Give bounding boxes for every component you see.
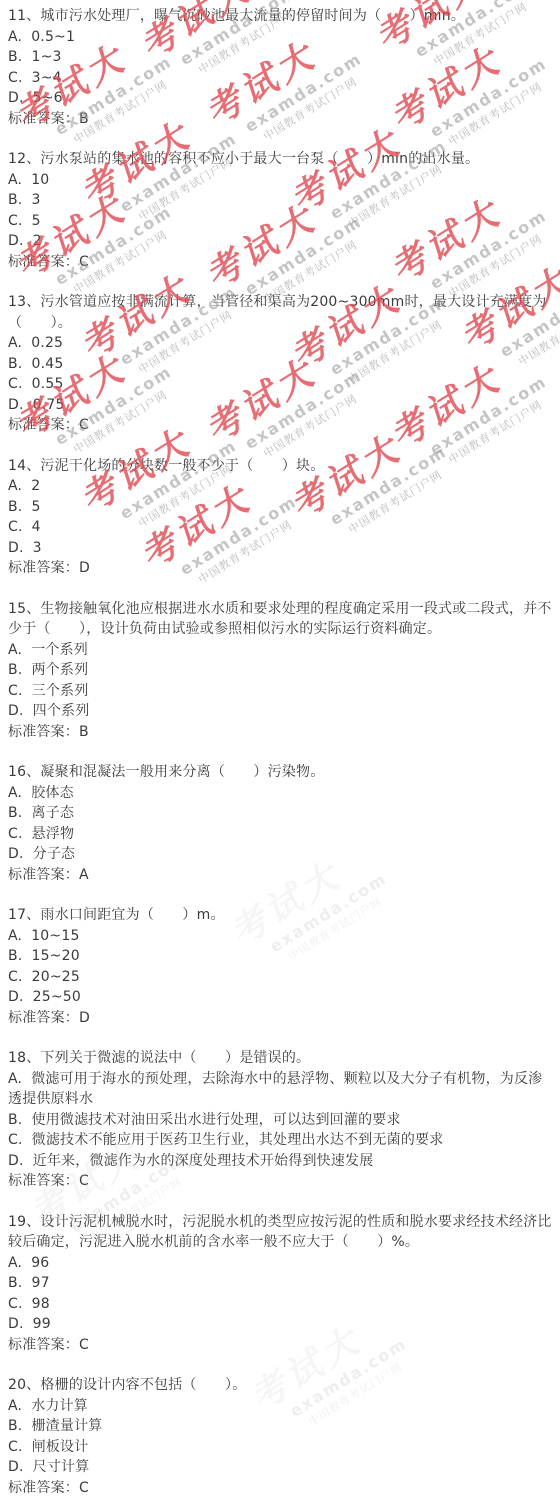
- question-block: 19、设计污泥机械脱水时，污泥脱水机的类型应按污泥的性质和脱水要求经技术经济比较…: [8, 1212, 552, 1356]
- answer-label: 标准答案：: [8, 1337, 79, 1353]
- option-line: A.10: [8, 170, 552, 191]
- answer-line: 标准答案：D: [8, 1008, 552, 1029]
- option-text: 悬浮物: [32, 826, 75, 842]
- option-line: D.尺寸计算: [8, 1457, 552, 1478]
- option-label: A.: [8, 928, 22, 944]
- option-line: C.3~4: [8, 68, 552, 89]
- option-text: 一个系列: [31, 642, 88, 658]
- option-label: D.: [8, 1316, 24, 1332]
- question-stem: 15、生物接触氧化池应根据进水水质和要求处理的程度确定采用一段式或二段式，并不少…: [8, 599, 552, 640]
- answer-line: 标准答案：B: [8, 722, 552, 743]
- question-number: 19、: [8, 1214, 40, 1230]
- option-line: C.20~25: [8, 967, 552, 988]
- option-text: 胶体态: [31, 785, 74, 801]
- answer-line: 标准答案：C: [8, 252, 552, 273]
- option-label: C.: [8, 376, 23, 392]
- option-label: B.: [8, 1275, 22, 1291]
- answer-line: 标准答案：A: [8, 865, 552, 886]
- answer-value: C: [79, 1337, 89, 1353]
- option-line: D.分子态: [8, 844, 552, 865]
- answer-value: A: [79, 867, 89, 883]
- question-stem: 14、污泥干化场的分块数一般不少于（ ）块。: [8, 456, 552, 477]
- question-stem: 18、下列关于微滤的说法中（ ）是错误的。: [8, 1048, 552, 1069]
- option-line: A.0.5~1: [8, 27, 552, 48]
- answer-value: C: [79, 417, 89, 433]
- question-number: 13、: [8, 294, 40, 310]
- option-line: A.一个系列: [8, 640, 552, 661]
- option-text: 0.25: [31, 335, 63, 351]
- question-number: 16、: [8, 764, 40, 780]
- option-line: C.悬浮物: [8, 824, 552, 845]
- option-label: A.: [8, 1071, 22, 1087]
- question-number: 17、: [8, 907, 40, 923]
- option-line: C.0.55: [8, 374, 552, 395]
- option-line: B.两个系列: [8, 660, 552, 681]
- question-block: 17、雨水口间距宜为（ ）m。A.10~15B.15~20C.20~25D.25…: [8, 905, 552, 1028]
- option-label: B.: [8, 356, 22, 372]
- option-text: 2: [33, 233, 42, 249]
- option-text: 栅渣量计算: [31, 1418, 102, 1434]
- option-text: 25~50: [33, 989, 81, 1005]
- answer-label: 标准答案：: [8, 1010, 79, 1026]
- answer-label: 标准答案：: [8, 1480, 79, 1496]
- question-text: 污泥干化场的分块数一般不少于（ ）块。: [40, 458, 324, 474]
- option-label: A.: [8, 29, 22, 45]
- option-text: 98: [32, 1296, 50, 1312]
- option-line: B.使用微滤技术对油田采出水进行处理，可以达到回灌的要求: [8, 1110, 552, 1131]
- option-line: A.0.25: [8, 333, 552, 354]
- option-text: 0.5~1: [31, 29, 75, 45]
- answer-line: 标准答案：D: [8, 558, 552, 579]
- question-stem: 13、污水管道应按非满流计算，当管径和渠高为200~300mm时，最大设计充满度…: [8, 292, 552, 333]
- question-block: 13、污水管道应按非满流计算，当管径和渠高为200~300mm时，最大设计充满度…: [8, 292, 552, 436]
- option-line: C.三个系列: [8, 681, 552, 702]
- option-label: A.: [8, 642, 22, 658]
- option-text: 4: [32, 519, 41, 535]
- option-line: B.栅渣量计算: [8, 1416, 552, 1437]
- question-block: 20、格栅的设计内容不包括（ ）。A.水力计算B.栅渣量计算C.闸板设计D.尺寸…: [8, 1375, 552, 1498]
- question-list: 11、城市污水处理厂，曝气沉砂池最大流量的停留时间为（ ）min。A.0.5~1…: [8, 6, 552, 1498]
- option-line: C.5: [8, 211, 552, 232]
- option-text: 5: [31, 499, 40, 515]
- option-label: B.: [8, 499, 22, 515]
- answer-label: 标准答案：: [8, 254, 79, 270]
- option-line: B.3: [8, 190, 552, 211]
- option-label: C.: [8, 70, 23, 86]
- option-text: 1~3: [31, 49, 61, 65]
- answer-value: D: [79, 1010, 90, 1026]
- option-text: 0.55: [32, 376, 64, 392]
- option-label: A.: [8, 172, 22, 188]
- question-stem: 20、格栅的设计内容不包括（ ）。: [8, 1375, 552, 1396]
- question-number: 14、: [8, 458, 40, 474]
- answer-value: D: [79, 560, 90, 576]
- option-text: 3~4: [32, 70, 62, 86]
- option-label: B.: [8, 948, 22, 964]
- option-text: 0.75: [33, 397, 65, 413]
- answer-line: 标准答案：C: [8, 415, 552, 436]
- question-text: 雨水口间距宜为（ ）m。: [40, 907, 224, 923]
- question-number: 15、: [8, 601, 40, 617]
- option-label: A.: [8, 1255, 22, 1271]
- answer-line: 标准答案：C: [8, 1478, 552, 1499]
- option-label: D.: [8, 1459, 24, 1475]
- option-text: 20~25: [32, 969, 80, 985]
- option-text: 水力计算: [31, 1398, 88, 1414]
- option-label: C.: [8, 1439, 23, 1455]
- option-text: 5: [32, 213, 41, 229]
- question-block: 16、凝聚和混凝法一般用来分离（ ）污染物。A.胶体态B.离子态C.悬浮物D.分…: [8, 762, 552, 885]
- question-block: 11、城市污水处理厂，曝气沉砂池最大流量的停留时间为（ ）min。A.0.5~1…: [8, 6, 552, 129]
- option-label: B.: [8, 192, 22, 208]
- option-line: D.近年来，微滤作为水的深度处理技术开始得到快速发展: [8, 1151, 552, 1172]
- option-label: B.: [8, 1418, 22, 1434]
- question-number: 11、: [8, 8, 40, 24]
- answer-label: 标准答案：: [8, 867, 79, 883]
- option-label: D.: [8, 540, 24, 556]
- option-line: B.1~3: [8, 47, 552, 68]
- option-label: A.: [8, 1398, 22, 1414]
- option-text: 10: [31, 172, 49, 188]
- option-line: D.99: [8, 1314, 552, 1335]
- option-line: C.98: [8, 1294, 552, 1315]
- option-label: D.: [8, 703, 24, 719]
- answer-line: 标准答案：B: [8, 109, 552, 130]
- answer-value: B: [79, 111, 89, 127]
- option-text: 2: [31, 478, 40, 494]
- option-label: D.: [8, 1153, 24, 1169]
- question-text: 下列关于微滤的说法中（ ）是错误的。: [40, 1050, 310, 1066]
- exam-document-page: 11、城市污水处理厂，曝气沉砂池最大流量的停留时间为（ ）min。A.0.5~1…: [0, 0, 560, 1508]
- option-text: 5~6: [33, 90, 63, 106]
- option-line: D.5~6: [8, 88, 552, 109]
- option-line: C.4: [8, 517, 552, 538]
- option-line: A.微滤可用于海水的预处理，去除海水中的悬浮物、颗粒以及大分子有机物，为反渗透提…: [8, 1069, 552, 1110]
- option-line: D.四个系列: [8, 701, 552, 722]
- option-text: 99: [33, 1316, 51, 1332]
- option-text: 两个系列: [31, 662, 88, 678]
- option-label: B.: [8, 805, 22, 821]
- answer-line: 标准答案：C: [8, 1171, 552, 1192]
- option-text: 尺寸计算: [33, 1459, 90, 1475]
- option-label: B.: [8, 49, 22, 65]
- option-label: C.: [8, 969, 23, 985]
- answer-value: C: [79, 1173, 89, 1189]
- option-label: A.: [8, 478, 22, 494]
- option-label: C.: [8, 1132, 23, 1148]
- option-text: 使用微滤技术对油田采出水进行处理，可以达到回灌的要求: [31, 1112, 400, 1128]
- option-text: 微滤技术不能应用于医药卫生行业，其处理出水达不到无菌的要求: [32, 1132, 444, 1148]
- question-stem: 16、凝聚和混凝法一般用来分离（ ）污染物。: [8, 762, 552, 783]
- option-label: C.: [8, 826, 23, 842]
- answer-label: 标准答案：: [8, 111, 79, 127]
- option-label: C.: [8, 683, 23, 699]
- option-text: 0.45: [31, 356, 63, 372]
- question-text: 凝聚和混凝法一般用来分离（ ）污染物。: [40, 764, 324, 780]
- option-text: 近年来，微滤作为水的深度处理技术开始得到快速发展: [33, 1153, 374, 1169]
- option-label: D.: [8, 90, 24, 106]
- answer-label: 标准答案：: [8, 1173, 79, 1189]
- question-text: 污水管道应按非满流计算，当管径和渠高为200~300mm时，最大设计充满度为（ …: [8, 294, 546, 331]
- question-stem: 12、污水泵站的集水池的容积不应小于最大一台泵（ ）min的出水量。: [8, 149, 552, 170]
- question-block: 14、污泥干化场的分块数一般不少于（ ）块。A.2B.5C.4D.3标准答案：D: [8, 456, 552, 579]
- option-label: B.: [8, 1112, 22, 1128]
- option-label: C.: [8, 1296, 23, 1312]
- answer-value: C: [79, 1480, 89, 1496]
- question-stem: 19、设计污泥机械脱水时，污泥脱水机的类型应按污泥的性质和脱水要求经技术经济比较…: [8, 1212, 552, 1253]
- option-line: B.15~20: [8, 946, 552, 967]
- option-line: A.水力计算: [8, 1396, 552, 1417]
- option-line: A.胶体态: [8, 783, 552, 804]
- question-block: 15、生物接触氧化池应根据进水水质和要求处理的程度确定采用一段式或二段式，并不少…: [8, 599, 552, 743]
- question-number: 12、: [8, 151, 40, 167]
- option-label: D.: [8, 846, 24, 862]
- option-text: 闸板设计: [32, 1439, 89, 1455]
- option-text: 三个系列: [32, 683, 89, 699]
- answer-label: 标准答案：: [8, 417, 79, 433]
- option-text: 3: [33, 540, 42, 556]
- option-label: D.: [8, 233, 24, 249]
- option-label: B.: [8, 662, 22, 678]
- option-text: 离子态: [31, 805, 74, 821]
- option-line: A.10~15: [8, 926, 552, 947]
- option-line: D.0.75: [8, 395, 552, 416]
- option-label: D.: [8, 397, 24, 413]
- option-line: C.闸板设计: [8, 1437, 552, 1458]
- answer-value: C: [79, 254, 89, 270]
- answer-value: B: [79, 724, 89, 740]
- question-number: 18、: [8, 1050, 40, 1066]
- question-stem: 17、雨水口间距宜为（ ）m。: [8, 905, 552, 926]
- option-label: C.: [8, 519, 23, 535]
- option-line: B.97: [8, 1273, 552, 1294]
- option-label: C.: [8, 213, 23, 229]
- option-text: 分子态: [33, 846, 76, 862]
- option-line: D.25~50: [8, 987, 552, 1008]
- question-block: 12、污水泵站的集水池的容积不应小于最大一台泵（ ）min的出水量。A.10B.…: [8, 149, 552, 272]
- answer-label: 标准答案：: [8, 724, 79, 740]
- question-stem: 11、城市污水处理厂，曝气沉砂池最大流量的停留时间为（ ）min。: [8, 6, 552, 27]
- option-text: 15~20: [31, 948, 79, 964]
- option-label: A.: [8, 785, 22, 801]
- question-text: 设计污泥机械脱水时，污泥脱水机的类型应按污泥的性质和脱水要求经技术经济比较后确定…: [8, 1214, 552, 1251]
- option-line: D.3: [8, 538, 552, 559]
- option-line: A.2: [8, 476, 552, 497]
- question-block: 18、下列关于微滤的说法中（ ）是错误的。A.微滤可用于海水的预处理，去除海水中…: [8, 1048, 552, 1192]
- question-text: 格栅的设计内容不包括（ ）。: [40, 1377, 246, 1393]
- option-line: B.离子态: [8, 803, 552, 824]
- answer-line: 标准答案：C: [8, 1335, 552, 1356]
- answer-label: 标准答案：: [8, 560, 79, 576]
- option-line: B.5: [8, 497, 552, 518]
- option-label: D.: [8, 989, 24, 1005]
- question-number: 20、: [8, 1377, 40, 1393]
- option-line: A.96: [8, 1253, 552, 1274]
- option-line: B.0.45: [8, 354, 552, 375]
- option-line: D.2: [8, 231, 552, 252]
- option-label: A.: [8, 335, 22, 351]
- option-text: 97: [31, 1275, 49, 1291]
- option-text: 四个系列: [33, 703, 90, 719]
- option-text: 96: [31, 1255, 49, 1271]
- option-line: C.微滤技术不能应用于医药卫生行业，其处理出水达不到无菌的要求: [8, 1130, 552, 1151]
- option-text: 10~15: [31, 928, 79, 944]
- option-text: 3: [31, 192, 40, 208]
- question-text: 污水泵站的集水池的容积不应小于最大一台泵（ ）min的出水量。: [40, 151, 479, 167]
- question-text: 生物接触氧化池应根据进水水质和要求处理的程度确定采用一段式或二段式，并不少于（ …: [8, 601, 552, 638]
- question-text: 城市污水处理厂，曝气沉砂池最大流量的停留时间为（ ）min。: [40, 8, 465, 24]
- option-text: 微滤可用于海水的预处理，去除海水中的悬浮物、颗粒以及大分子有机物，为反渗透提供原…: [8, 1071, 542, 1108]
